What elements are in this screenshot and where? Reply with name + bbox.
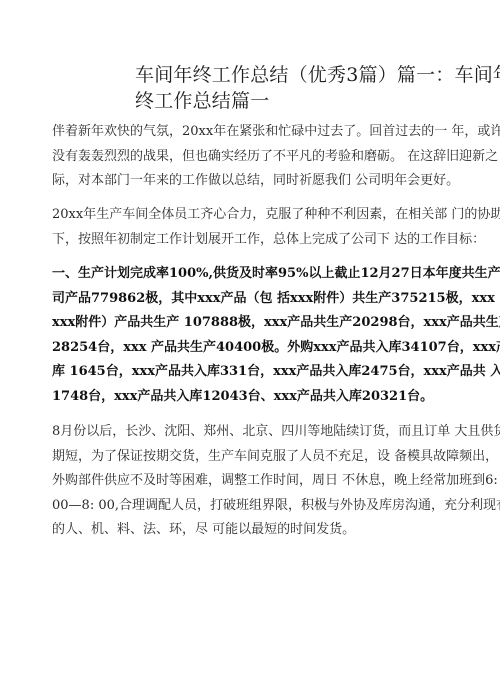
document-title: 车间年终工作总结（优秀3篇）篇一：车间年 终工作总结篇一 [135,62,465,114]
text-line: 际，对本部门一年来的工作做以总结，同时祈愿我们 公司明年会更好。 [52,169,454,194]
text-line: 28254台，xxx 产品共生产40400极。外购xxx产品共入库34107台，… [52,336,454,361]
text-line: 伴着新年欢快的气氛，20xx年在紧张和忙碌中过去了。回首过去的一 年，或许 [52,120,454,145]
document-page: 车间年终工作总结（优秀3篇）篇一：车间年 终工作总结篇一 伴着新年欢快的气氛，2… [0,0,500,682]
text-line: 司产品779862极，其中xxx产品（包 括xxx附件）共生产375215极，x… [52,287,454,312]
text-line: 外购部件供应不及时等困难，调整工作时间，周日 不休息，晚上经常加班到6: [52,469,454,494]
text-line: 8月份以后，长沙、沈阳、郑州、北京、四川等地陆续订货，而且订单 大且供货 [52,420,454,445]
paragraph-overview: 20xx年生产车间全体员工齐心合力，克服了种种不利因素，在相关部 门的协助 下，… [52,203,454,252]
text-line: 期短，为了保证按期交货，生产车间克服了人员不充足，设 备模具故障频出， [52,445,454,470]
text-line: 的人、机、料、法、环，尽 可能以最短的时间发货。 [52,518,454,543]
text-line: xxx附件）产品共生产 107888极，xxx产品共生产20298台，xxx产品… [52,311,454,336]
paragraph-orders: 8月份以后，长沙、沈阳、郑州、北京、四川等地陆续订货，而且订单 大且供货 期短，… [52,420,454,543]
text-line: 00—8: 00,合理调配人员，打破班组界限，积极与外协及库房沟通，充分利现有 [52,494,454,519]
text-line: 没有轰轰烈烈的战果，但也确实经历了不平凡的考验和磨砺。 在这辞旧迎新之 [52,145,454,170]
title-line: 终工作总结篇一 [135,88,465,114]
paragraph-intro: 伴着新年欢快的气氛，20xx年在紧张和忙碌中过去了。回首过去的一 年，或许 没有… [52,120,454,194]
title-line: 车间年终工作总结（优秀3篇）篇一：车间年 [135,62,465,88]
text-line: 1748台，xxx产品共入库12043台、xxx产品共入库20321台。 [52,385,454,410]
text-line: 20xx年生产车间全体员工齐心合力，克服了种种不利因素，在相关部 门的协助 [52,203,454,228]
text-line: 一、生产计划完成率100%,供货及时率95%以上截止12月27日本年度共生产公 [52,262,454,287]
text-line: 下，按照年初制定工作计划展开工作，总体上完成了公司下 达的工作目标： [52,228,454,253]
text-line: 库 1645台，xxx产品共入库331台，xxx产品共入库2475台，xxx产品… [52,360,454,385]
paragraph-production-stats: 一、生产计划完成率100%,供货及时率95%以上截止12月27日本年度共生产公 … [52,262,454,409]
